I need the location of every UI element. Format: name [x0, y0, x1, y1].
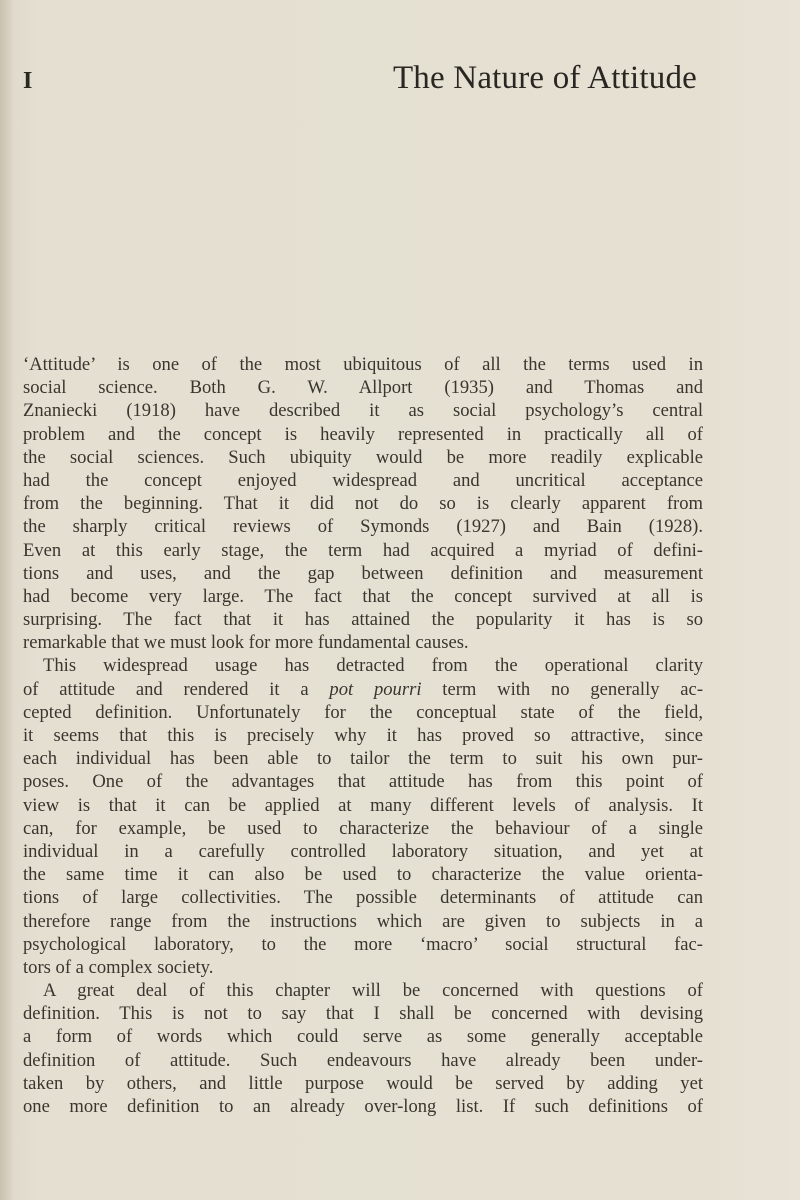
text-line: ‘Attitude’ is one of the most ubiquitous… [23, 353, 703, 376]
text-line: remarkable that we must look for more fu… [23, 631, 703, 654]
text-line: therefore range from the instructions wh… [23, 910, 703, 933]
text-line: This widespread usage has detracted from… [23, 654, 703, 677]
text-line: from the beginning. That it did not do s… [23, 492, 703, 515]
paragraph-1: ‘Attitude’ is one of the most ubiquitous… [23, 353, 703, 654]
text-line: view is that it can be applied at many d… [23, 794, 703, 817]
chapter-title: The Nature of Attitude [393, 58, 697, 98]
text-line: the sharply critical reviews of Symonds … [23, 515, 703, 538]
text-line: tions of large collectivities. The possi… [23, 886, 703, 909]
italic-phrase: pot pourri [329, 679, 421, 700]
text-line: problem and the concept is heavily repre… [23, 423, 703, 446]
text-line: each individual has been able to tailor … [23, 747, 703, 770]
text-line: Znaniecki (1918) have described it as so… [23, 399, 703, 422]
text-line: a form of words which could serve as som… [23, 1025, 703, 1048]
text-line: it seems that this is precisely why it h… [23, 724, 703, 747]
text-line: individual in a carefully controlled lab… [23, 840, 703, 863]
text-line: the social sciences. Such ubiquity would… [23, 446, 703, 469]
text-line: had the concept enjoyed widespread and u… [23, 469, 703, 492]
text-segment: of attitude and rendered it a [23, 679, 329, 700]
text-line: definition of attitude. Such endeavours … [23, 1049, 703, 1072]
text-line: tions and uses, and the gap between defi… [23, 562, 703, 585]
text-line: one more definition to an already over-l… [23, 1095, 703, 1118]
book-page: I The Nature of Attitude ‘Attitude’ is o… [0, 0, 800, 1200]
paragraph-2: This widespread usage has detracted from… [23, 654, 703, 979]
text-line: psychological laboratory, to the more ‘m… [23, 933, 703, 956]
text-line: the same time it can also be used to cha… [23, 863, 703, 886]
text-line: poses. One of the advantages that attitu… [23, 770, 703, 793]
text-line: taken by others, and little purpose woul… [23, 1072, 703, 1095]
chapter-body-text: ‘Attitude’ is one of the most ubiquitous… [23, 353, 703, 1118]
chapter-number: I [23, 69, 32, 93]
paragraph-3: A great deal of this chapter will be con… [23, 979, 703, 1118]
text-line: definition. This is not to say that I sh… [23, 1002, 703, 1025]
text-line: surprising. The fact that it has attaine… [23, 608, 703, 631]
text-line: Even at this early stage, the term had a… [23, 539, 703, 562]
text-line: A great deal of this chapter will be con… [23, 979, 703, 1002]
text-line: social science. Both G. W. Allport (1935… [23, 376, 703, 399]
text-line: cepted definition. Unfortunately for the… [23, 701, 703, 724]
text-segment: term with no generally ac- [422, 679, 704, 700]
text-line: had become very large. The fact that the… [23, 585, 703, 608]
text-line: of attitude and rendered it a pot pourri… [23, 678, 703, 701]
text-line: can, for example, be used to characteriz… [23, 817, 703, 840]
page-gutter-shadow [0, 0, 14, 1200]
text-line: tors of a complex society. [23, 956, 703, 979]
